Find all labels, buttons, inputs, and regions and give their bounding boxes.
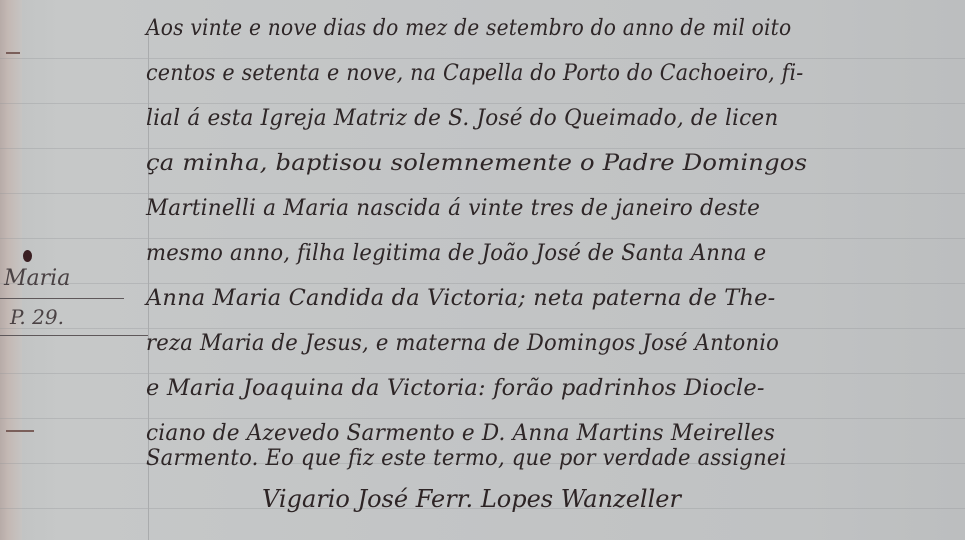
ruled-line: [0, 238, 965, 239]
record-line: Martinelli a Maria nascida á vinte tres …: [146, 196, 760, 221]
record-line: centos e setenta e nove, na Capella do P…: [146, 61, 803, 86]
ruled-line: [0, 283, 965, 284]
margin-underline: [0, 335, 148, 336]
record-line: lial á esta Igreja Matriz de S. José do …: [146, 106, 778, 131]
margin-name: Maria: [4, 266, 70, 291]
document-page: Maria P. 29. Aos vinte e nove dias do me…: [0, 0, 965, 540]
ruled-line: [0, 103, 965, 104]
margin-underline: [0, 298, 124, 299]
ruled-line: [0, 148, 965, 149]
signature: Vigario José Ferr. Lopes Wanzeller: [262, 485, 681, 513]
ruled-line: [0, 418, 965, 419]
record-line: mesmo anno, filha legitima de João José …: [146, 241, 766, 266]
ruled-line: [0, 328, 965, 329]
ruled-line: [0, 58, 965, 59]
record-line: ça minha, baptisou solemnemente o Padre …: [146, 151, 807, 176]
ruled-line: [0, 193, 965, 194]
record-line: e Maria Joaquina da Victoria: forão padr…: [146, 376, 765, 401]
edge-mark: [6, 430, 34, 432]
record-line: reza Maria de Jesus, e materna de Doming…: [146, 331, 779, 356]
record-line: Anna Maria Candida da Victoria; neta pat…: [146, 286, 775, 311]
record-line: Sarmento. Eo que fiz este termo, que por…: [146, 446, 787, 471]
margin-page-ref: P. 29.: [10, 305, 64, 329]
edge-mark: [6, 52, 20, 54]
ruled-line: [0, 373, 965, 374]
ink-blot: [23, 250, 32, 262]
record-line: ciano de Azevedo Sarmento e D. Anna Mart…: [146, 421, 775, 446]
record-line: Aos vinte e nove dias do mez de setembro…: [146, 16, 791, 41]
